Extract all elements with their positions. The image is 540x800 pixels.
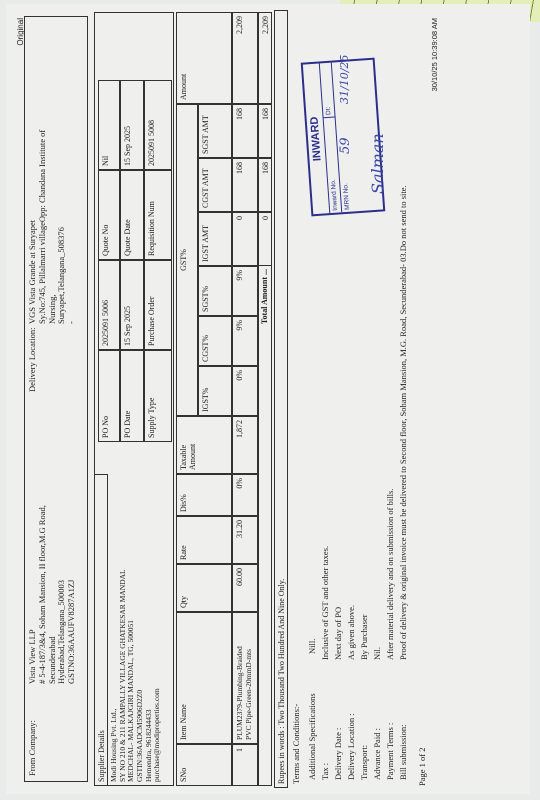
terms-value: As given above.: [345, 605, 358, 660]
po-no-label: PO No: [98, 350, 120, 442]
row-sgst-amt: 168: [232, 104, 258, 158]
from-company-label: From Company:: [28, 720, 38, 776]
col-cgst-pct: CGST%: [198, 316, 232, 366]
terms-label: Advance Paid :: [371, 660, 384, 780]
terms-value: Inclusive of GST and other taxes.: [319, 546, 332, 660]
supply-type-value: Purchase Order: [144, 260, 172, 350]
requisition-num-value: 2025091 5008: [144, 80, 172, 170]
terms-label: Delivery Location :: [345, 660, 358, 780]
col-item-name: Item Name: [176, 612, 232, 744]
terms-value: By Purchaser: [358, 614, 371, 660]
supplier-header: Supplier Details: [94, 474, 108, 786]
purchase-order-page: Original From Company: Vista View LLP # …: [6, 4, 530, 794]
terms-label: Bill submission:: [397, 660, 410, 780]
total-amount: 2,209: [258, 12, 272, 104]
po-no-value: 2025091 5006: [98, 260, 120, 350]
row-rate: 31.20: [232, 516, 258, 564]
row-item-name: PLUM2379-Plumbing-Braided PVC Pipe-Green…: [232, 612, 258, 744]
col-gst-group: GST%: [176, 104, 198, 416]
handwritten-inward-no: 59: [338, 137, 353, 154]
amount-in-words: Rupees in words : Two Thousand Two Hundr…: [274, 10, 288, 788]
col-sno: SNo: [176, 744, 232, 786]
item-line-1: PLUM2379-Plumbing-Braided: [235, 616, 244, 740]
col-qty: Qty: [176, 564, 232, 612]
terms-value: Nill.: [306, 639, 319, 660]
item-line-2: PVC Pipe-Green-20mmD-mts: [244, 616, 253, 740]
row-igst-pct: 0%: [232, 366, 258, 416]
supplier-email: purchase@modiproperties.com: [153, 569, 162, 782]
terms-value: After material delivery and on submissio…: [384, 489, 397, 660]
from-company-gstin: GSTNO:36AAUFV8287A1ZJ: [67, 505, 77, 684]
terms-heading: Terms and Conditions:-: [292, 704, 302, 784]
po-date-value: 15 Sep 2025: [120, 260, 144, 350]
col-amount: Amount: [176, 12, 232, 104]
terms-value: Nil.: [371, 647, 384, 660]
total-label: Total Amount ...: [258, 266, 272, 416]
row-amount: 2,209: [232, 12, 258, 104]
total-cgst-amt: 168: [258, 158, 272, 212]
supply-type-label: Supply Type: [144, 350, 172, 442]
col-discount: Dis%: [176, 474, 232, 516]
delivery-line-4: Suryapet,Telangana_508376: [57, 130, 67, 324]
row-cgst-pct: 9%: [232, 316, 258, 366]
terms-label: Transport:: [358, 660, 371, 780]
terms-value: Next day of PO: [332, 607, 345, 660]
quote-date-value: 15 Sep 2025: [120, 80, 144, 170]
row-cgst-amt: 168: [232, 158, 258, 212]
page-number: Page 1 of 2: [418, 748, 428, 786]
col-taxable-amount: Taxable Amount: [176, 416, 232, 474]
terms-value: Proof of delivery & original invoice mus…: [397, 185, 410, 660]
col-sgst-pct: SGST%: [198, 266, 232, 316]
terms-label: Delivery Date :: [332, 660, 345, 780]
document-stage: Original From Company: Vista View LLP # …: [0, 0, 540, 800]
row-sno: 1: [232, 744, 258, 786]
col-igst-amt: IGST AMT: [198, 212, 232, 266]
terms-item: Payment Terms :After material delivery a…: [384, 10, 397, 780]
delivery-location-block: VGS Vista Grande at Suryapet Sy.No:745, …: [28, 130, 77, 324]
row-discount: 0%: [232, 474, 258, 516]
requisition-num-label: Requisition Num: [144, 170, 172, 260]
row-qty: 60.00: [232, 564, 258, 612]
col-sgst-amt: SGST AMT: [198, 104, 232, 158]
delivery-location-label: Delivery Location:: [28, 328, 38, 392]
terms-item: Bill submission:Proof of delivery & orig…: [397, 10, 410, 780]
po-date-label: PO Date: [120, 350, 144, 442]
handwritten-date: 31/10/25: [338, 55, 351, 104]
col-igst-pct: IGST%: [198, 366, 232, 416]
total-sgst-amt: 168: [258, 104, 272, 158]
col-rate: Rate: [176, 516, 232, 564]
total-igst-amt: 0: [258, 212, 272, 266]
delivery-line-5: -: [67, 130, 77, 324]
terms-label: Tax :: [319, 660, 332, 780]
col-cgst-amt: CGST AMT: [198, 158, 232, 212]
from-company-block: Vista View LLP # 5-4-187/3&4, Soham Mans…: [28, 505, 77, 684]
quote-no-value: Nil: [98, 80, 120, 170]
supplier-details: Modi Housing Pvt. Ltd., SY NO 210 & 211 …: [110, 569, 162, 782]
handwritten-signature: Salman: [368, 133, 387, 194]
print-timestamp: 30/10/25 10:39:08 AM: [431, 18, 440, 91]
row-sgst-pct: 9%: [232, 266, 258, 316]
quote-date-label: Quote Date: [120, 170, 144, 260]
row-igst-amt: 0: [232, 212, 258, 266]
terms-label: Additional Specifications: [306, 660, 319, 780]
row-taxable: 1,872: [232, 416, 258, 474]
quote-no-label: Quote No: [98, 170, 120, 260]
terms-label: Payment Terms :: [384, 660, 397, 780]
